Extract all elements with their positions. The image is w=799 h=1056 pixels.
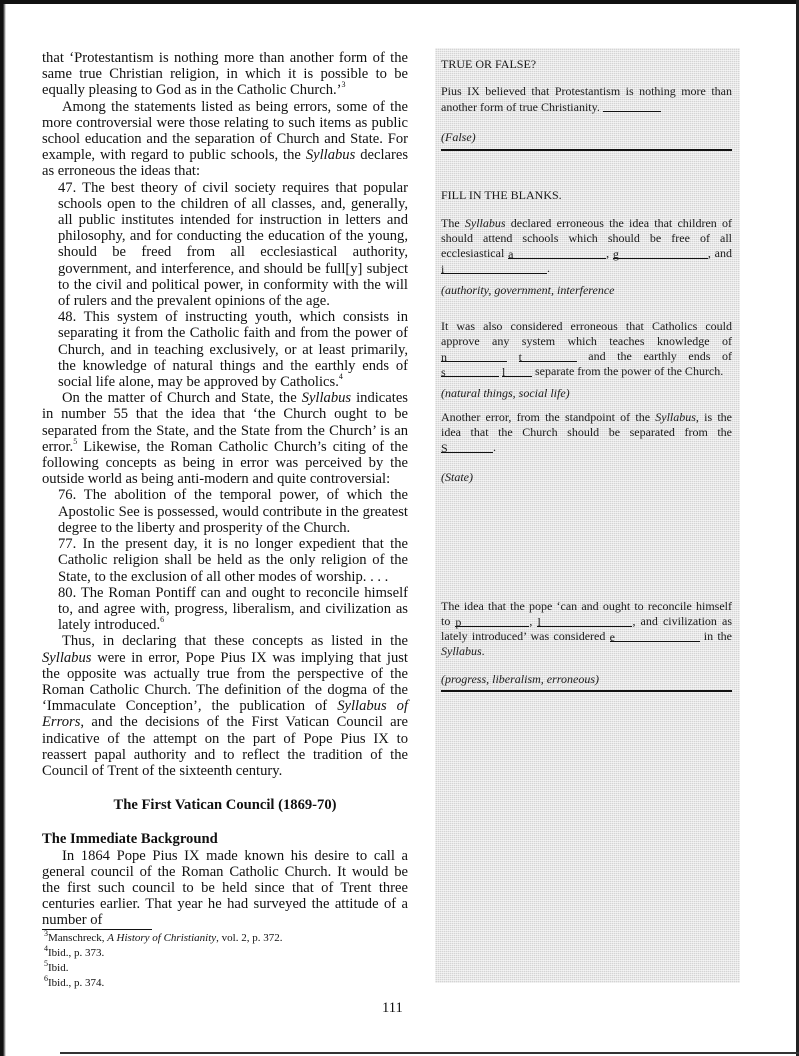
- question-text: Pius IX believed that Protestantism is n…: [441, 84, 732, 114]
- blank-hint: p: [455, 615, 461, 629]
- question-text: .: [482, 644, 485, 658]
- footnote-divider: [42, 929, 152, 930]
- footnote-text: Ibid., p. 374.: [48, 977, 104, 989]
- paragraph-text: Likewise, the Roman Catholic Church’s ci…: [42, 439, 408, 487]
- footnote-6: 6Ibid., p. 374.: [44, 976, 282, 991]
- footnote-number: 5: [44, 959, 48, 968]
- answer-blank[interactable]: t: [519, 350, 577, 362]
- italic-title: Syllabus: [441, 644, 482, 658]
- blank-hint: a: [508, 247, 513, 261]
- italic-title: Syllabus: [655, 410, 696, 424]
- footnote-ref[interactable]: 6: [160, 615, 164, 624]
- quote-76: 76. The abolition of the temporal power,…: [42, 487, 408, 536]
- quote-text: 80. The Roman Pontiff can and ought to r…: [58, 585, 408, 633]
- footnote-5: 5Ibid.: [44, 961, 282, 976]
- question-text: , and: [708, 246, 732, 260]
- section-divider: [441, 149, 732, 151]
- blank-hint: l: [502, 365, 505, 379]
- fill-blank-answer-1: (authority, government, interference: [441, 283, 615, 298]
- paragraph-4: Thus, in declaring that these concepts a…: [42, 633, 408, 779]
- answer-blank[interactable]: S: [441, 441, 493, 453]
- question-text: ,: [529, 614, 537, 628]
- answer-blank[interactable]: n: [441, 350, 507, 362]
- footnote-number: 3: [44, 929, 48, 938]
- italic-title: Syllabus: [306, 147, 355, 163]
- question-text: It was also considered erroneous that Ca…: [441, 319, 732, 348]
- answer-blank[interactable]: i: [441, 262, 547, 274]
- question-text: .: [493, 440, 496, 454]
- fill-blank-question-1: The Syllabus declared erroneous the idea…: [441, 216, 732, 276]
- footnote-italic: A History of Christianity: [107, 932, 216, 944]
- fill-blanks-heading: FILL IN THE BLANKS.: [441, 188, 562, 203]
- scan-left-edge: [0, 0, 6, 1056]
- footnote-text: Ibid., p. 373.: [48, 947, 104, 959]
- quote-text: 76. The abolition of the temporal power,…: [58, 487, 408, 535]
- quote-text: 48. This system of instructing youth, wh…: [58, 309, 408, 390]
- question-text: ,: [606, 246, 613, 260]
- study-sidebar-box: TRUE OR FALSE? Pius IX believed that Pro…: [435, 48, 740, 983]
- footnote-text: Ibid.: [48, 962, 68, 974]
- answer-blank[interactable]: a: [508, 247, 606, 259]
- footnote-text: , vol. 2, p. 372.: [216, 932, 282, 944]
- quote-80: 80. The Roman Pontiff can and ought to r…: [42, 585, 408, 634]
- question-text: separate from the power of the Church.: [532, 364, 723, 378]
- footnote-text: Manschreck,: [48, 932, 107, 944]
- italic-title: Syllabus: [302, 390, 351, 406]
- blank-hint: g: [613, 247, 619, 261]
- footnote-number: 4: [44, 944, 48, 953]
- true-false-heading: TRUE OR FALSE?: [441, 57, 536, 72]
- section-heading: The First Vatican Council (1869-70): [42, 797, 408, 813]
- footnote-ref[interactable]: 5: [73, 437, 77, 446]
- true-false-question: Pius IX believed that Protestantism is n…: [441, 84, 732, 115]
- blank-hint: n: [441, 350, 447, 364]
- fill-blank-question-4: The idea that the pope ‘can and ought to…: [441, 599, 732, 659]
- blank-hint: i: [441, 262, 444, 276]
- footnote-3: 3Manschreck, A History of Christianity, …: [44, 931, 282, 946]
- quote-47: 47. The best theory of civil society req…: [42, 180, 408, 310]
- italic-title: Syllabus: [42, 650, 91, 666]
- blank-hint: t: [519, 350, 522, 364]
- answer-blank[interactable]: g: [613, 247, 708, 259]
- fill-blank-answer-2: (natural things, social life): [441, 386, 570, 401]
- paragraph-text: Thus, in declaring that these concepts a…: [62, 633, 408, 649]
- question-text: The: [441, 216, 465, 230]
- footnotes: 3Manschreck, A History of Christianity, …: [44, 931, 282, 991]
- answer-blank[interactable]: l: [537, 615, 632, 627]
- answer-blank[interactable]: [603, 100, 661, 112]
- question-text: Another error, from the standpoint of th…: [441, 410, 655, 424]
- footnote-ref[interactable]: 4: [339, 372, 343, 381]
- quote-text: 47. The best theory of civil society req…: [58, 180, 408, 309]
- paragraph-text: that ‘Protestantism is nothing more than…: [42, 50, 408, 98]
- paragraph-text: On the matter of Church and State, the: [62, 390, 302, 406]
- fill-blank-question-3: Another error, from the standpoint of th…: [441, 410, 732, 455]
- footnote-ref[interactable]: 3: [342, 80, 346, 89]
- paragraph-2: Among the statements listed as being err…: [42, 99, 408, 180]
- question-text: .: [547, 261, 550, 275]
- question-text: in the: [700, 629, 732, 643]
- scan-bottom-edge: [60, 1052, 799, 1054]
- blank-hint: e: [610, 630, 615, 644]
- question-text: and the earthly ends of: [577, 349, 732, 363]
- page-number: 111: [382, 1000, 403, 1017]
- section-divider: [441, 690, 732, 692]
- true-false-answer: (False): [441, 130, 476, 145]
- answer-blank[interactable]: l: [502, 365, 532, 377]
- footnote-number: 6: [44, 974, 48, 983]
- fill-blank-answer-4: (progress, liberalism, erroneous): [441, 672, 599, 687]
- fill-blank-question-2: It was also considered erroneous that Ca…: [441, 319, 732, 379]
- scan-top-edge: [0, 0, 799, 4]
- blank-hint: s: [441, 365, 446, 379]
- paragraph-5: In 1864 Pope Pius IX made known his desi…: [42, 848, 408, 929]
- blank-hint: S: [441, 441, 448, 455]
- paragraph-1: that ‘Protestantism is nothing more than…: [42, 50, 408, 99]
- main-text-column: that ‘Protestantism is nothing more than…: [42, 50, 408, 929]
- sub-heading: The Immediate Background: [42, 831, 408, 847]
- quote-48: 48. This system of instructing youth, wh…: [42, 309, 408, 390]
- paragraph-text: , and the decisions of the First Vatican…: [42, 714, 408, 779]
- answer-blank[interactable]: p: [455, 615, 529, 627]
- answer-blank[interactable]: e: [610, 630, 700, 642]
- italic-title: Syllabus: [465, 216, 506, 230]
- blank-hint: l: [537, 615, 540, 629]
- quote-text: 77. In the present day, it is no longer …: [58, 536, 408, 584]
- quote-77: 77. In the present day, it is no longer …: [42, 536, 408, 585]
- fill-blank-answer-3: (State): [441, 470, 473, 485]
- footnote-4: 4Ibid., p. 373.: [44, 946, 282, 961]
- paragraph-3: On the matter of Church and State, the S…: [42, 390, 408, 487]
- answer-blank[interactable]: s: [441, 365, 499, 377]
